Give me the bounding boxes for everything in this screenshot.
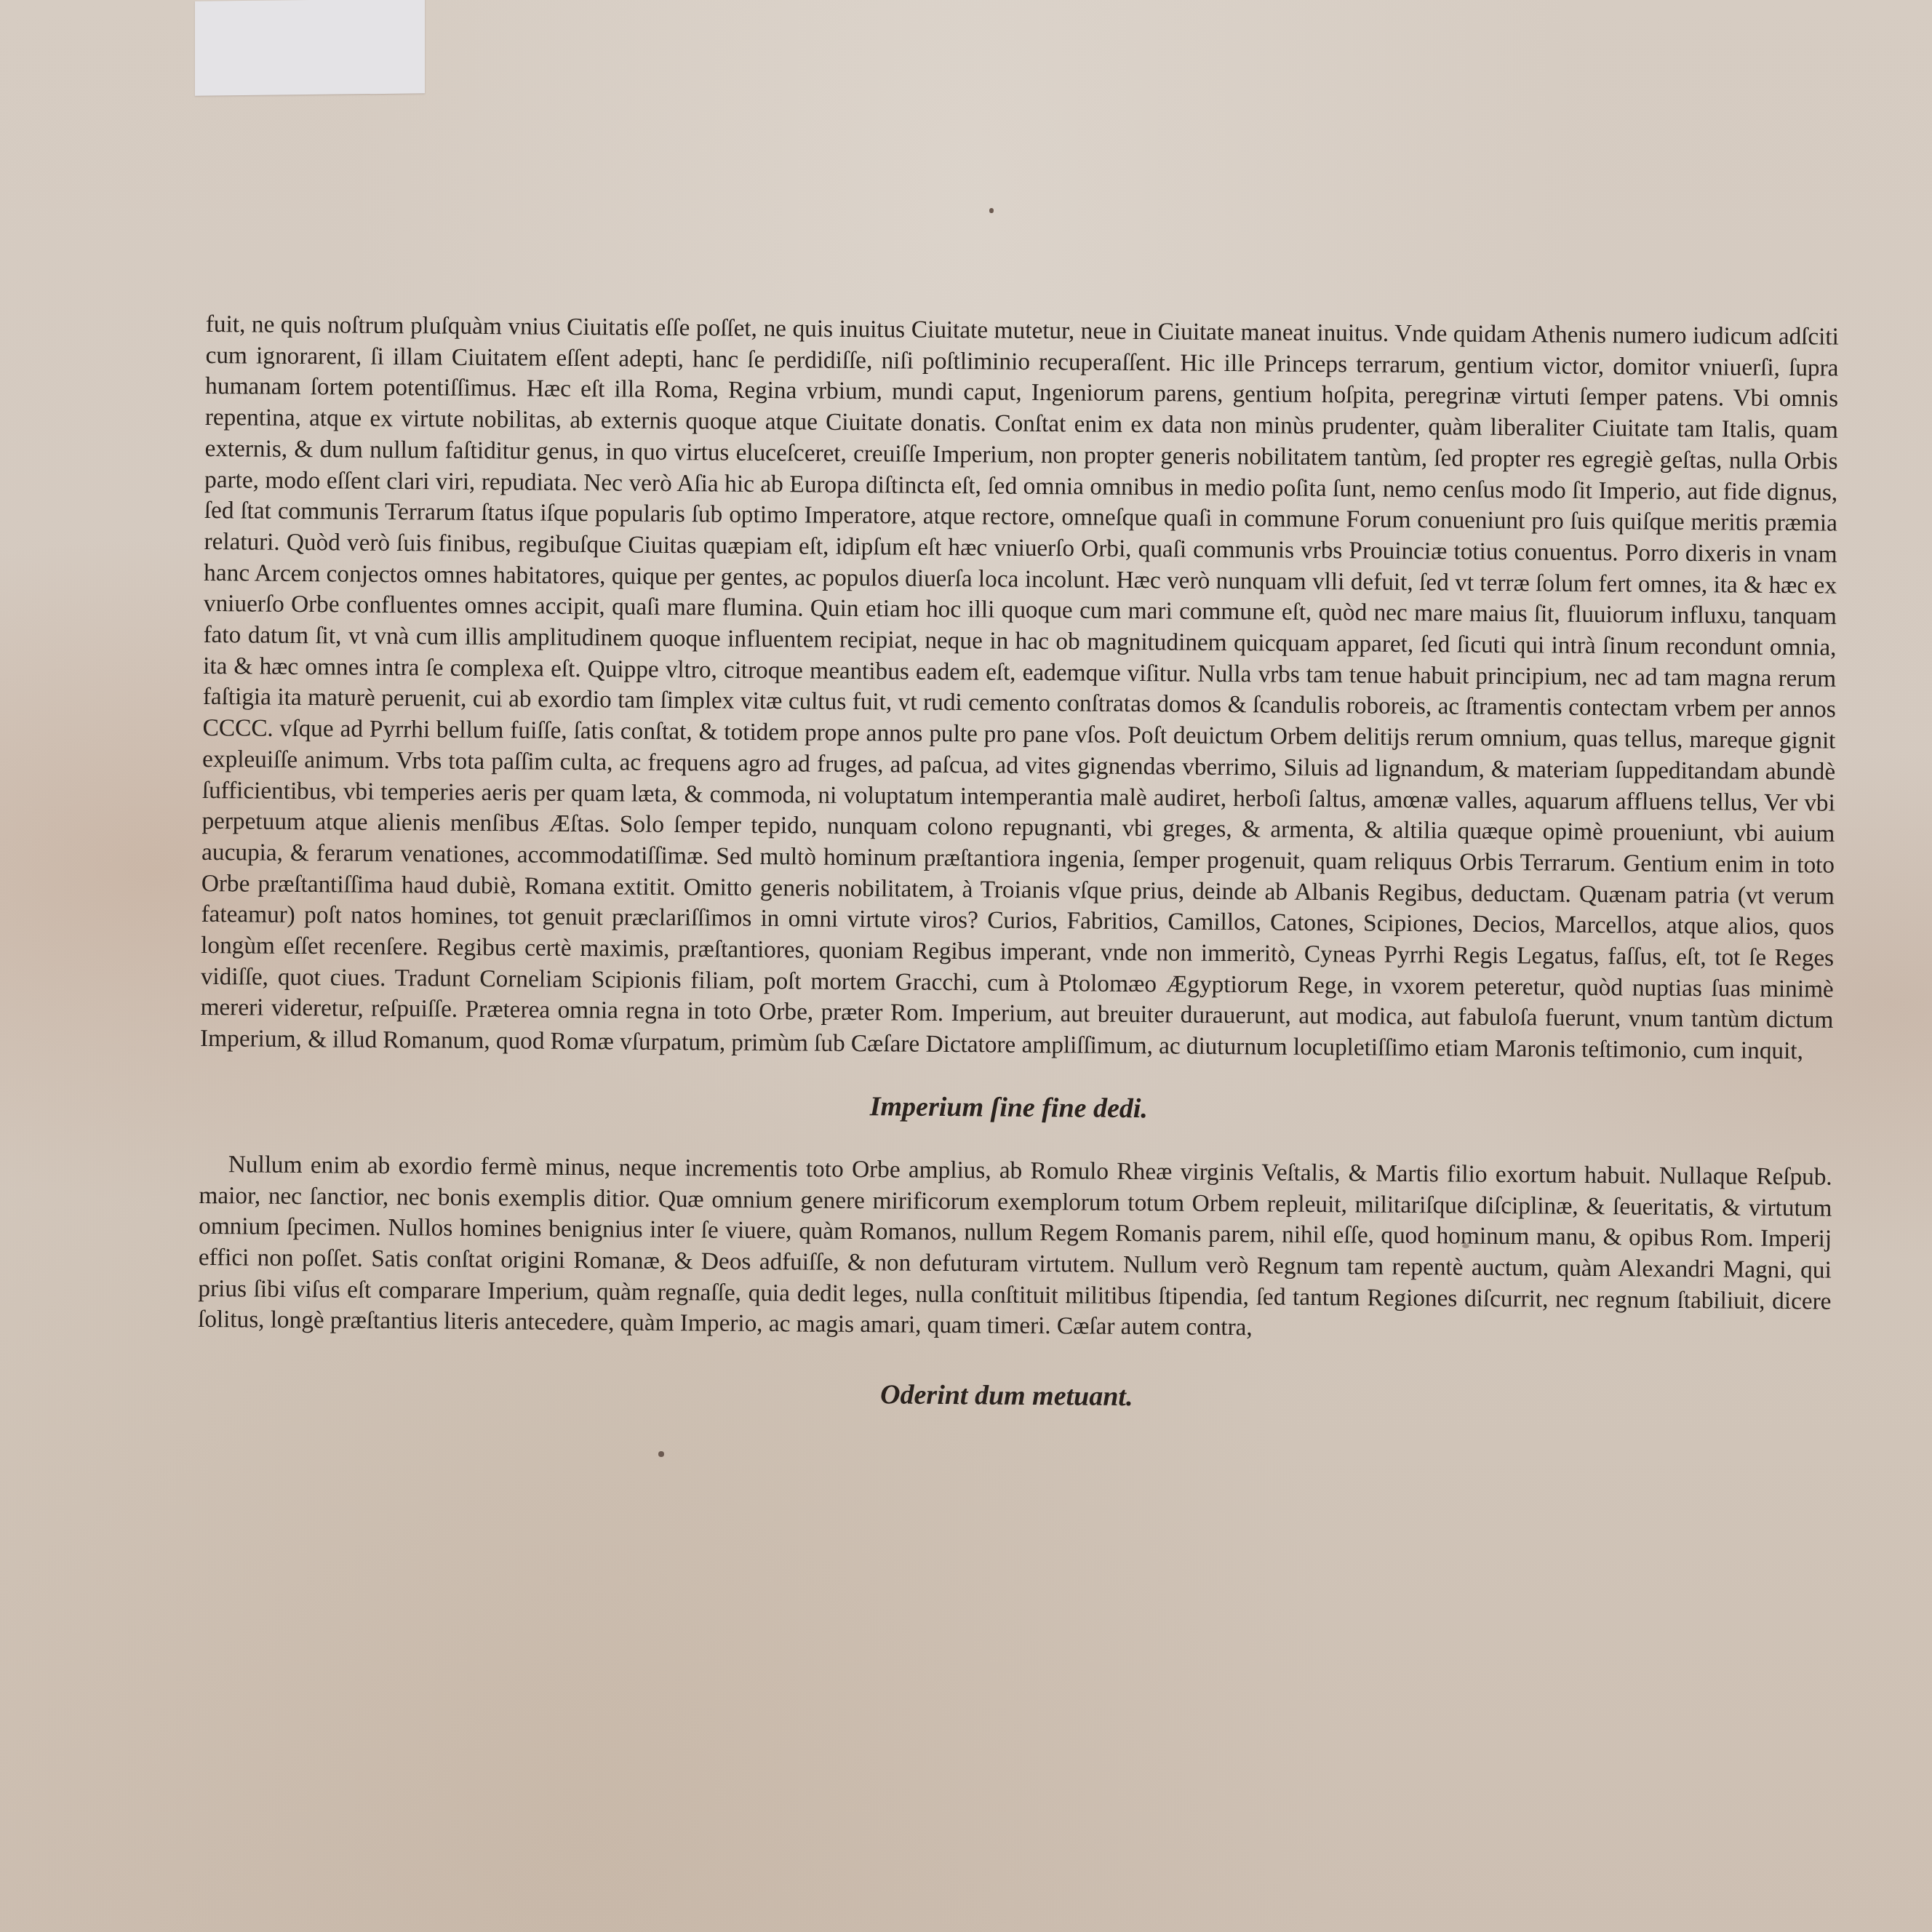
ink-speck xyxy=(989,208,994,213)
body-paragraph-2: Nullum enim ab exordio fermè minus, nequ… xyxy=(198,1149,1832,1349)
aged-paper-page: fuit, ne quis noſtrum pluſquàm vnius Ciu… xyxy=(0,0,1932,1932)
white-paper-scrap xyxy=(195,0,425,96)
document-text-block: fuit, ne quis noſtrum pluſquàm vnius Ciu… xyxy=(197,309,1839,1450)
ink-speck xyxy=(658,1451,664,1457)
body-paragraph-1: fuit, ne quis noſtrum pluſquàm vnius Ciu… xyxy=(200,309,1839,1067)
italic-quotation-1: Imperium ſine fine dedi. xyxy=(199,1085,1832,1130)
italic-quotation-2: Oderint dum metuant. xyxy=(197,1373,1830,1418)
